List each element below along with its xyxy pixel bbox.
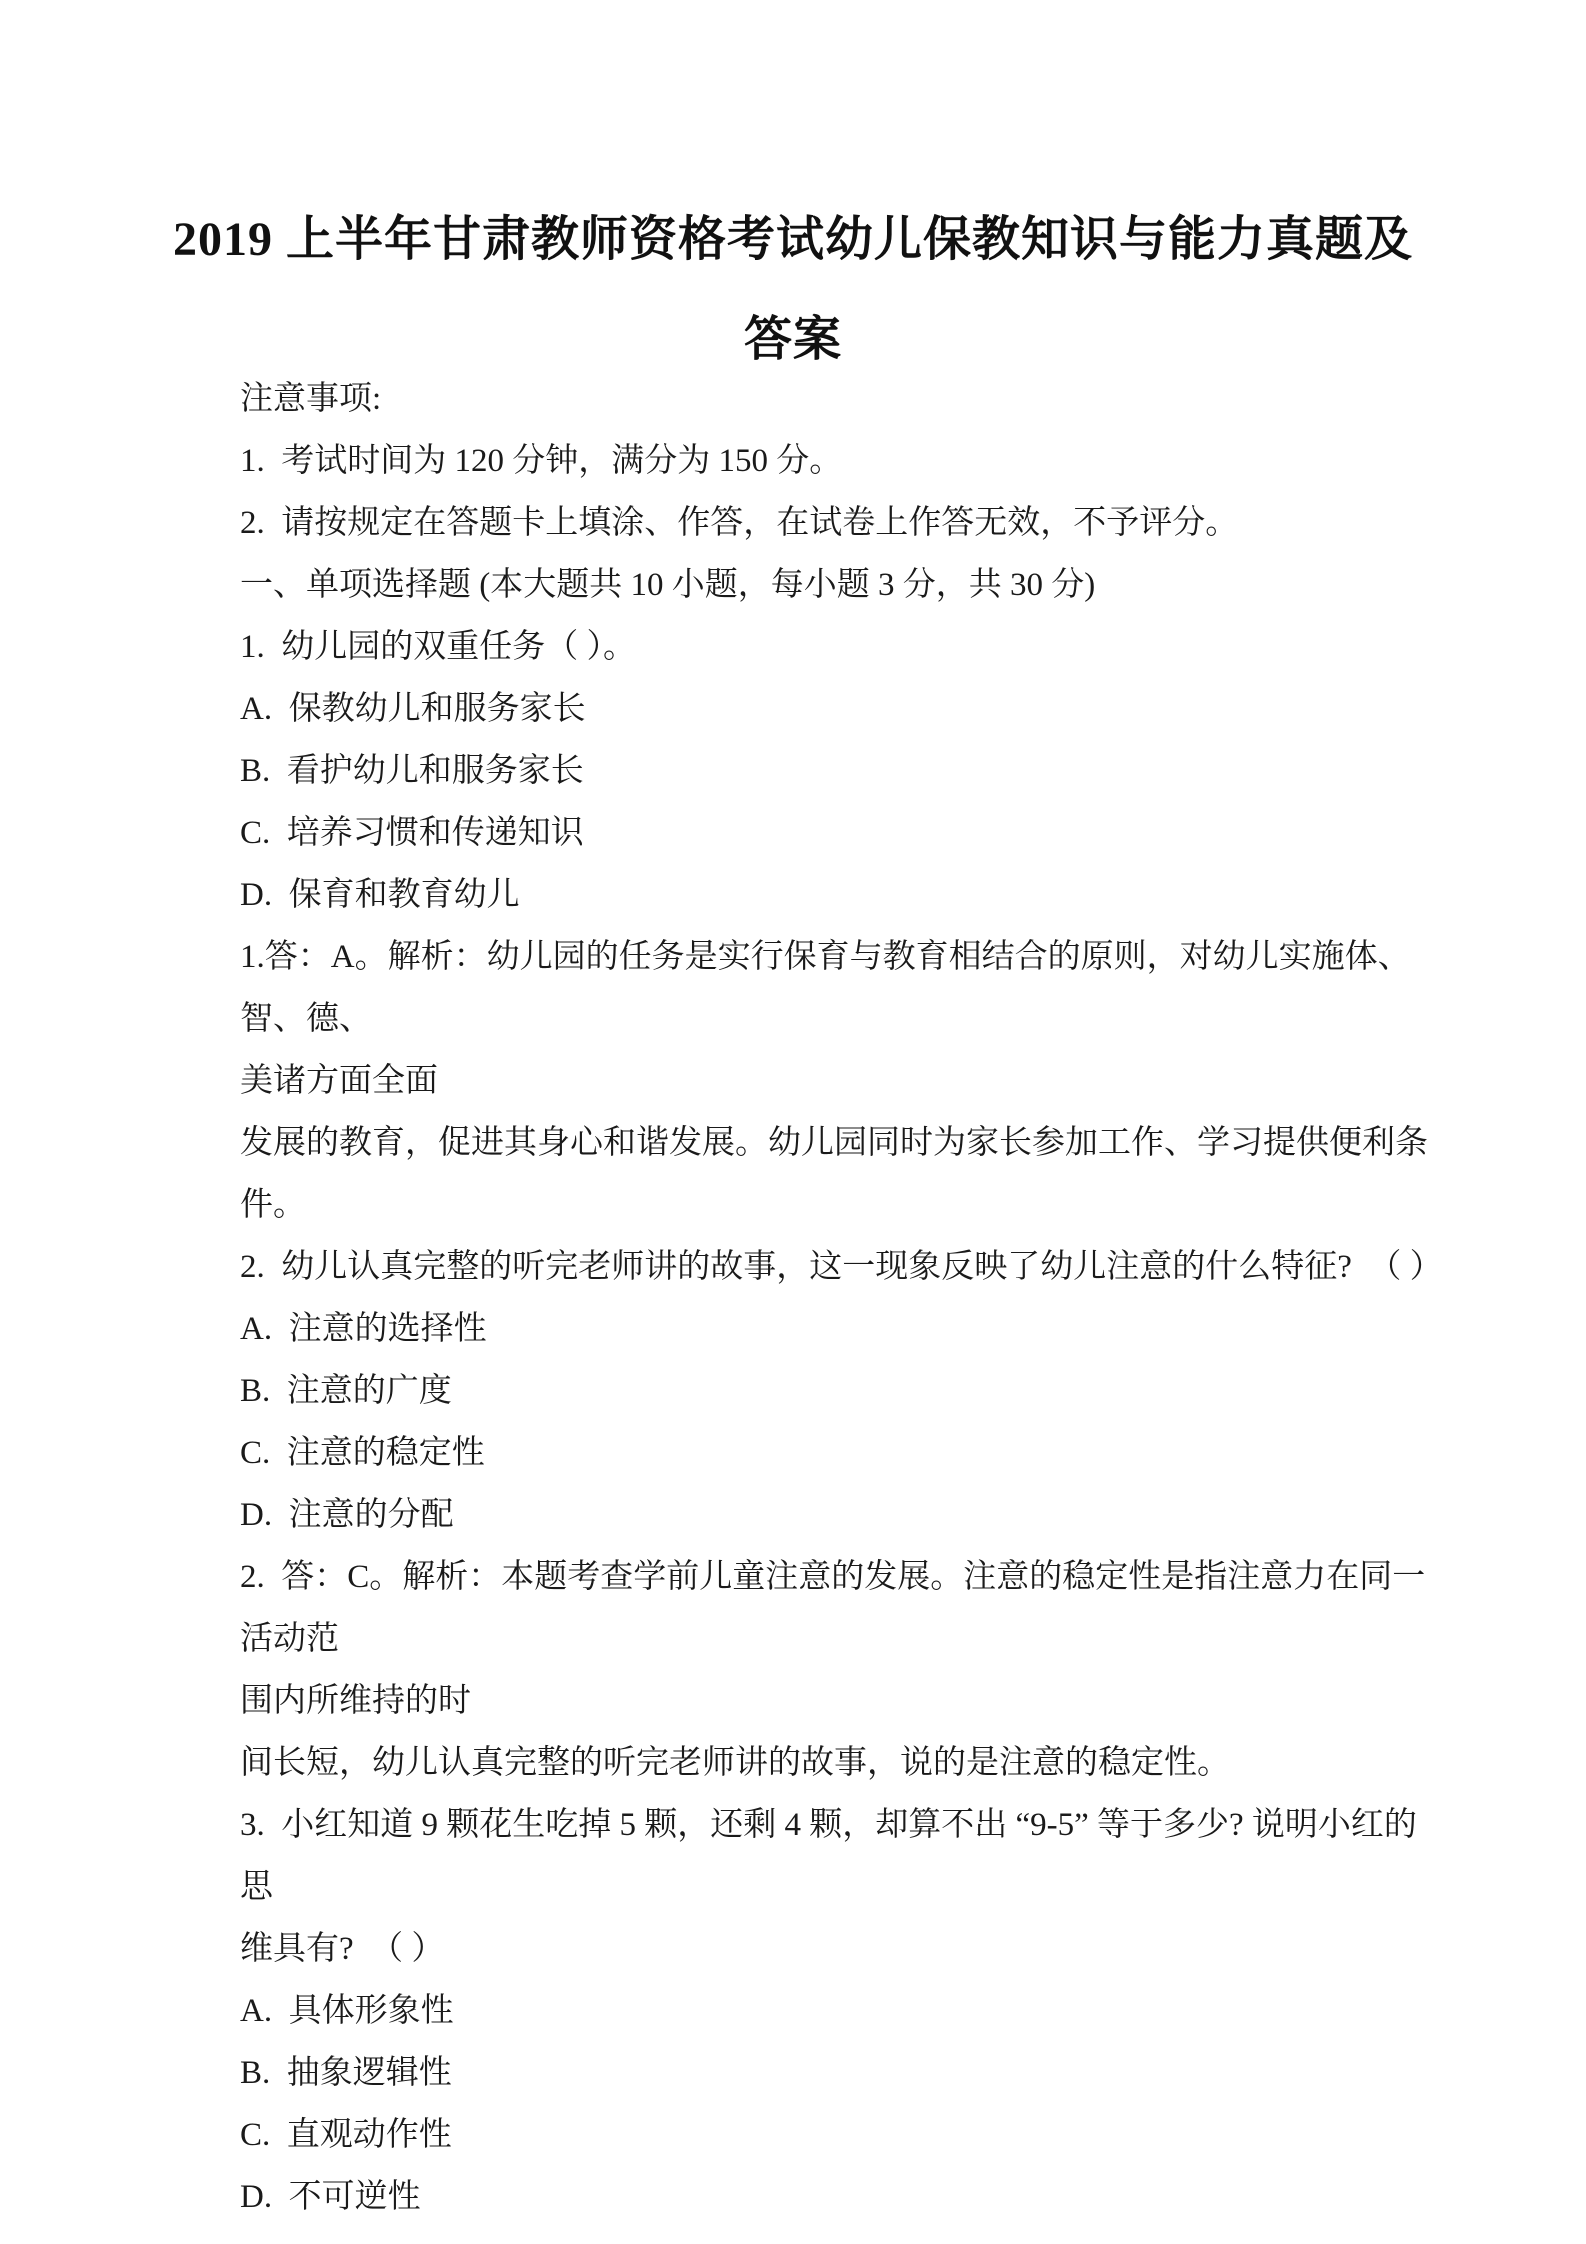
question-3-line-1: 3. 小红知道 9 颗花生吃掉 5 颗，还剩 4 颗，却算不出 “9-5” 等于… (240, 1794, 1430, 1918)
answer-1-line-2: 美诸方面全面 (240, 1050, 1430, 1112)
question-3-option-a: A. 具体形象性 (240, 1980, 1430, 2042)
section-1-heading: 一、单项选择题 (本大题共 10 小题，每小题 3 分，共 30 分) (240, 554, 1430, 616)
document-body: 注意事项: 1. 考试时间为 120 分钟，满分为 150 分。 2. 请按规定… (240, 368, 1430, 2228)
question-2: 2. 幼儿认真完整的听完老师讲的故事，这一现象反映了幼儿注意的什么特征? （ ） (240, 1236, 1430, 1298)
notice-heading: 注意事项: (240, 368, 1430, 430)
question-1-option-d: D. 保育和教育幼儿 (240, 864, 1430, 926)
question-1-option-b: B. 看护幼儿和服务家长 (240, 740, 1430, 802)
question-3-option-c: C. 直观动作性 (240, 2104, 1430, 2166)
question-2-option-b: B. 注意的广度 (240, 1360, 1430, 1422)
answer-2-line-2: 围内所维持的时 (240, 1670, 1430, 1732)
answer-2-line-1: 2. 答：C。解析：本题考查学前儿童注意的发展。注意的稳定性是指注意力在同一活动… (240, 1546, 1430, 1670)
question-3-line-2: 维具有? （ ） (240, 1918, 1430, 1980)
question-2-option-d: D. 注意的分配 (240, 1484, 1430, 1546)
answer-2-line-3: 间长短，幼儿认真完整的听完老师讲的故事，说的是注意的稳定性。 (240, 1732, 1430, 1794)
document-title-line-1: 2019 上半年甘肃教师资格考试幼儿保教知识与能力真题及 (0, 190, 1586, 290)
answer-1-line-1: 1.答：A。解析：幼儿园的任务是实行保育与教育相结合的原则，对幼儿实施体、智、德… (240, 926, 1430, 1050)
question-2-option-a: A. 注意的选择性 (240, 1298, 1430, 1360)
question-3-option-d: D. 不可逆性 (240, 2166, 1430, 2228)
answer-1-line-3: 发展的教育，促进其身心和谐发展。幼儿园同时为家长参加工作、学习提供便利条件。 (240, 1112, 1430, 1236)
document-page: 2019 上半年甘肃教师资格考试幼儿保教知识与能力真题及 答案 注意事项: 1.… (0, 0, 1586, 2244)
instruction-2: 2. 请按规定在答题卡上填涂、作答，在试卷上作答无效，不予评分。 (240, 492, 1430, 554)
question-1: 1. 幼儿园的双重任务（ ）。 (240, 616, 1430, 678)
question-2-option-c: C. 注意的稳定性 (240, 1422, 1430, 1484)
document-title: 2019 上半年甘肃教师资格考试幼儿保教知识与能力真题及 答案 (0, 190, 1586, 390)
question-3-option-b: B. 抽象逻辑性 (240, 2042, 1430, 2104)
instruction-1: 1. 考试时间为 120 分钟，满分为 150 分。 (240, 430, 1430, 492)
question-1-option-a: A. 保教幼儿和服务家长 (240, 678, 1430, 740)
question-1-option-c: C. 培养习惯和传递知识 (240, 802, 1430, 864)
